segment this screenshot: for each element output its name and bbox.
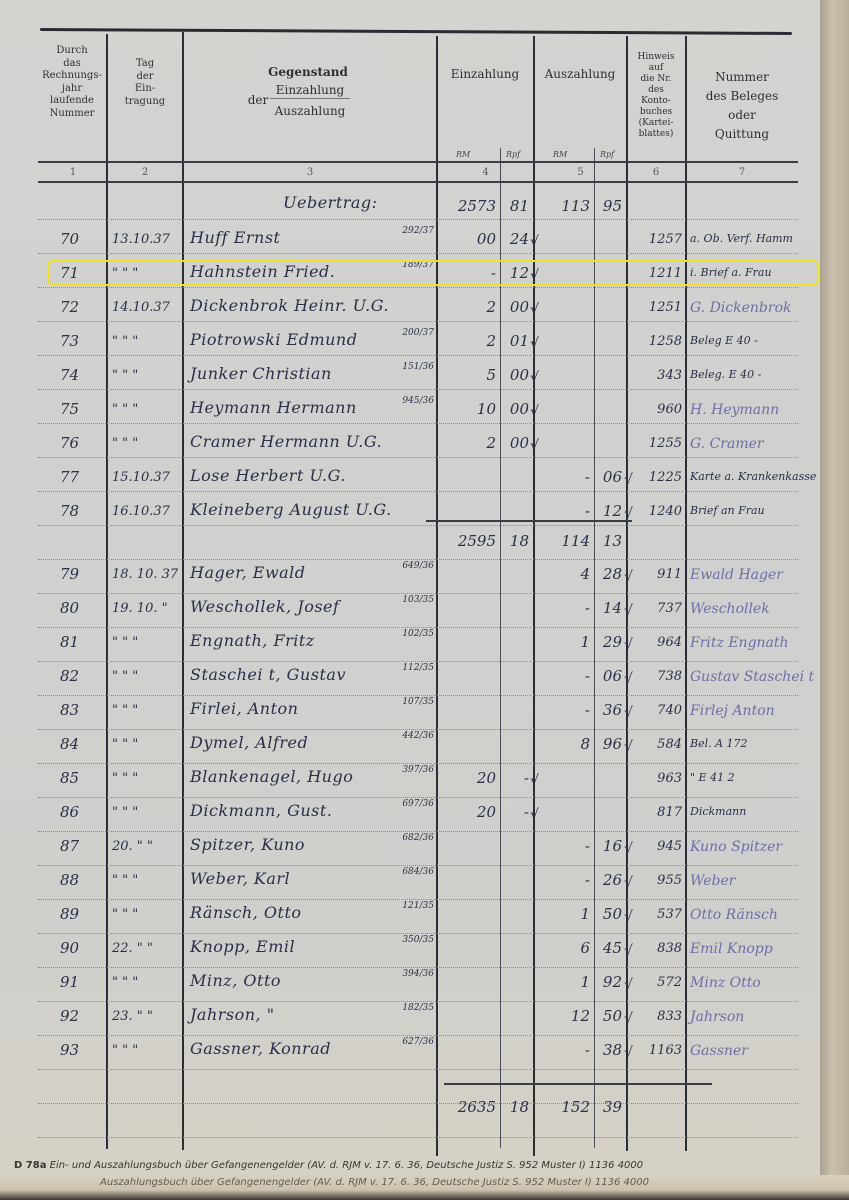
entry-date: 15.10.37 — [112, 470, 180, 485]
entry-reference: 684/36 — [392, 867, 434, 877]
entry-date: 20. " " — [112, 839, 180, 854]
entry-konto: 738 — [630, 669, 682, 684]
entry-number: 93 — [60, 1041, 79, 1059]
header-col3-der: der — [246, 92, 270, 108]
entry-date: 16.10.37 — [112, 504, 180, 519]
entry-reference: 945/36 — [392, 396, 434, 406]
entry-out-rm: 6 — [540, 939, 590, 957]
entry-in-rm: 2 — [440, 332, 496, 350]
entry-out-rm: - — [540, 667, 590, 685]
ruled-line — [38, 525, 798, 526]
ruled-line — [38, 1069, 798, 1070]
entry-name: Spitzer, Kuno — [190, 835, 305, 854]
subtotal-rule — [426, 520, 632, 522]
entry-date: " " " — [112, 703, 180, 718]
checkmark-icon: √ — [624, 943, 633, 959]
carryover-in-rpf: 81 — [503, 197, 529, 215]
entry-number: 76 — [60, 434, 79, 452]
header-col1: Durch das Rechnungs- jahr laufende Numme… — [40, 45, 104, 120]
entry-date: " " " — [112, 402, 180, 417]
checkmark-icon: √ — [624, 1011, 633, 1027]
entry-out-rpf: 12 — [596, 502, 622, 520]
entry-out-rm: - — [540, 701, 590, 719]
entry-reference: 102/35 — [392, 629, 434, 639]
ruled-line — [38, 763, 798, 764]
divider-col1-col2 — [106, 34, 108, 1149]
entry-in-rpf: 00 — [503, 298, 529, 316]
entry-number: 84 — [60, 735, 79, 753]
entry-number: 92 — [60, 1007, 79, 1025]
entry-name: Piotrowski Edmund — [190, 330, 357, 349]
entry-konto: 911 — [630, 567, 682, 582]
form-footer: D 78a Ein- und Auszahlungsbuch über Gefa… — [14, 1160, 643, 1171]
entry-name: Dickenbrok Heinr. U.G. — [190, 296, 389, 315]
entry-konto: 838 — [630, 941, 682, 956]
entry-out-rpf: 38 — [596, 1041, 622, 1059]
header-col7: Nummer des Beleges oder Quittung — [687, 68, 797, 144]
entry-reference: 182/35 — [392, 1003, 434, 1013]
checkmark-icon: √ — [530, 773, 539, 789]
header-col3-out: Auszahlung — [270, 103, 350, 119]
entry-in-rpf: 00 — [503, 400, 529, 418]
entry-name: Blankenagel, Hugo — [190, 767, 353, 786]
entry-in-rpf: 01 — [503, 332, 529, 350]
entry-out-rpf: 06 — [596, 468, 622, 486]
ruled-line — [38, 219, 798, 220]
checkmark-icon: √ — [624, 1045, 633, 1061]
entry-date: " " " — [112, 737, 180, 752]
entry-out-rm: - — [540, 1041, 590, 1059]
entry-reference: 292/37 — [392, 226, 434, 236]
entry-name: Kleineberg August U.G. — [190, 500, 392, 519]
carryover-label: Uebertrag: — [283, 193, 378, 212]
ruled-line — [38, 831, 798, 832]
subtotal-out-rpf: 13 — [596, 532, 622, 550]
entry-reference: 627/36 — [392, 1037, 434, 1047]
ruled-line — [38, 1001, 798, 1002]
header-col6: Hinweis auf die Nr. des Konto- buches (K… — [627, 52, 685, 140]
column-number-4: 4 — [438, 167, 533, 178]
entry-number: 86 — [60, 803, 79, 821]
entry-number: 74 — [60, 366, 79, 384]
entry-name: Engnath, Fritz — [190, 631, 315, 650]
entry-receipt: Gassner — [690, 1043, 748, 1059]
ruled-line — [38, 1035, 798, 1036]
entry-reference: 200/37 — [392, 328, 434, 338]
entry-number: 83 — [60, 701, 79, 719]
header-col2: Tag der Ein- tragung — [108, 58, 182, 108]
entry-date: " " " — [112, 1043, 180, 1058]
entry-date: " " " — [112, 805, 180, 820]
subtotal-in-rpf: 18 — [503, 532, 529, 550]
carryover-out-rpf: 95 — [596, 197, 622, 215]
entry-in-rm: 2 — [440, 434, 496, 452]
entry-konto: 1163 — [630, 1043, 682, 1058]
ruled-line — [38, 865, 798, 866]
entry-receipt: Ewald Hager — [690, 567, 783, 583]
entry-konto: 1225 — [630, 470, 682, 485]
entry-number: 82 — [60, 667, 79, 685]
entry-receipt: G. Cramer — [690, 436, 764, 452]
entry-number: 88 — [60, 871, 79, 889]
entry-date: " " " — [112, 334, 180, 349]
entry-konto: 1258 — [630, 334, 682, 349]
entry-receipt: a. Ob. Verf. Hamm — [690, 232, 793, 245]
entry-name: Dickmann, Gust. — [190, 801, 332, 820]
entry-konto: 1255 — [630, 436, 682, 451]
checkmark-icon: √ — [530, 302, 539, 318]
ruled-line — [38, 899, 798, 900]
entry-reference: 151/36 — [392, 362, 434, 372]
unit-rpf-in: Rpf — [506, 150, 520, 159]
entry-number: 70 — [60, 230, 79, 248]
header-col3-title: Gegenstand — [268, 64, 348, 80]
entry-reference: 697/36 — [392, 799, 434, 809]
entry-name: Huff Ernst — [190, 228, 280, 247]
entry-number: 80 — [60, 599, 79, 617]
unit-rpf-out: Rpf — [600, 150, 614, 159]
highlighted-entry-71 — [47, 260, 819, 286]
ruled-line — [38, 287, 798, 288]
entry-konto: 572 — [630, 975, 682, 990]
entry-out-rm: 1 — [540, 905, 590, 923]
ruled-line — [38, 797, 798, 798]
carryover-out-rm: 113 — [540, 197, 590, 215]
divider-col2-col3 — [182, 32, 184, 1150]
entry-number: 81 — [60, 633, 79, 651]
entry-in-rpf: 00 — [503, 434, 529, 452]
entry-out-rpf: 29 — [596, 633, 622, 651]
entry-out-rpf: 26 — [596, 871, 622, 889]
entry-konto: 960 — [630, 402, 682, 417]
entry-number: 90 — [60, 939, 79, 957]
entry-date: " " " — [112, 635, 180, 650]
checkmark-icon: √ — [624, 909, 633, 925]
entry-number: 85 — [60, 769, 79, 787]
entry-reference: 112/35 — [392, 663, 434, 673]
entry-out-rm: - — [540, 468, 590, 486]
ruled-line — [38, 1103, 798, 1104]
divider-col4-rpf — [500, 148, 501, 1148]
entry-receipt: H. Heymann — [690, 402, 779, 418]
entry-out-rm: - — [540, 599, 590, 617]
entry-receipt: Minz Otto — [690, 975, 761, 991]
column-number-2: 2 — [108, 167, 182, 178]
entry-in-rm: 20 — [440, 803, 496, 821]
total-out-rpf: 39 — [596, 1098, 622, 1116]
total-out-rm: 152 — [540, 1098, 590, 1116]
entry-name: Ränsch, Otto — [190, 903, 302, 922]
column-number-6: 6 — [627, 167, 685, 178]
entry-reference: 397/36 — [392, 765, 434, 775]
entry-konto: 737 — [630, 601, 682, 616]
entry-out-rpf: 16 — [596, 837, 622, 855]
divider-col3-col4 — [436, 36, 438, 1156]
entry-number: 73 — [60, 332, 79, 350]
entry-receipt: Fritz Engnath — [690, 635, 789, 651]
entry-receipt: Beleg. E 40 - — [690, 368, 761, 381]
checkmark-icon: √ — [624, 472, 633, 488]
entry-number: 87 — [60, 837, 79, 855]
header-bottom-rule — [38, 161, 798, 163]
subtotal-out-rm: 114 — [540, 532, 590, 550]
entry-date: " " " — [112, 771, 180, 786]
entry-receipt: Brief an Frau — [690, 504, 765, 517]
entry-out-rm: 4 — [540, 565, 590, 583]
checkmark-icon: √ — [624, 739, 633, 755]
ledger-page: Durch das Rechnungs- jahr laufende Numme… — [0, 0, 820, 1175]
entry-reference: 350/35 — [392, 935, 434, 945]
entry-out-rm: 12 — [540, 1007, 590, 1025]
entry-name: Weschollek, Josef — [190, 597, 339, 616]
entry-receipt: Beleg E 40 - — [690, 334, 758, 347]
checkmark-icon: √ — [624, 841, 633, 857]
entry-date: " " " — [112, 873, 180, 888]
entry-konto: 817 — [630, 805, 682, 820]
checkmark-icon: √ — [624, 875, 633, 891]
entry-date: 22. " " — [112, 941, 180, 956]
entry-in-rpf: - — [503, 769, 529, 787]
entry-date: 18. 10. 37 — [112, 567, 180, 582]
entry-out-rpf: 28 — [596, 565, 622, 583]
entry-receipt: Emil Knopp — [690, 941, 773, 957]
entry-name: Junker Christian — [190, 364, 332, 383]
entry-in-rpf: 24 — [503, 230, 529, 248]
entry-konto: 964 — [630, 635, 682, 650]
entry-out-rm: 8 — [540, 735, 590, 753]
checkmark-icon: √ — [530, 438, 539, 454]
entry-out-rm: - — [540, 871, 590, 889]
entry-date: " " " — [112, 975, 180, 990]
entry-out-rm: 1 — [540, 973, 590, 991]
entry-in-rm: 2 — [440, 298, 496, 316]
checkmark-icon: √ — [530, 370, 539, 386]
entry-konto: 584 — [630, 737, 682, 752]
header-col3-in: Einzahlung — [270, 82, 350, 99]
header-col4: Einzahlung — [438, 66, 532, 82]
entry-konto: 740 — [630, 703, 682, 718]
entry-name: Jahrson, " — [190, 1005, 275, 1024]
form-footer-underlay: Auszahlungsbuch über Gefangenengelder (A… — [100, 1177, 649, 1188]
checkmark-icon: √ — [624, 671, 633, 687]
checkmark-icon: √ — [530, 807, 539, 823]
checkmark-icon: √ — [624, 603, 633, 619]
entry-date: 14.10.37 — [112, 300, 180, 315]
entry-name: Firlei, Anton — [190, 699, 298, 718]
entry-reference: 442/36 — [392, 731, 434, 741]
entry-out-rpf: 50 — [596, 1007, 622, 1025]
entry-name: Knopp, Emil — [190, 937, 295, 956]
entry-reference: 682/36 — [392, 833, 434, 843]
ruled-line — [38, 1137, 798, 1138]
total-rule — [444, 1083, 712, 1085]
entry-number: 77 — [60, 468, 79, 486]
ruled-line — [38, 933, 798, 934]
entry-name: Lose Herbert U.G. — [190, 466, 346, 485]
unit-rm-out: RM — [553, 150, 567, 159]
entry-name: Hager, Ewald — [190, 563, 306, 582]
divider-col5-rpf — [594, 148, 595, 1148]
entry-konto: 1251 — [630, 300, 682, 315]
column-number-7: 7 — [687, 167, 797, 178]
checkmark-icon: √ — [624, 977, 633, 993]
colnum-bottom-rule — [38, 181, 798, 183]
ruled-line — [38, 661, 798, 662]
entry-number: 79 — [60, 565, 79, 583]
entry-reference: 121/35 — [392, 901, 434, 911]
ruled-line — [38, 695, 798, 696]
entry-in-rm: 20 — [440, 769, 496, 787]
checkmark-icon: √ — [530, 404, 539, 420]
ruled-line — [38, 423, 798, 424]
entry-date: " " " — [112, 368, 180, 383]
ruled-line — [38, 491, 798, 492]
entry-out-rpf: 06 — [596, 667, 622, 685]
entry-out-rm: - — [540, 502, 590, 520]
entry-out-rpf: 92 — [596, 973, 622, 991]
ruled-line — [38, 321, 798, 322]
entry-receipt: " E 41 2 — [690, 771, 735, 784]
checkmark-icon: √ — [530, 336, 539, 352]
entry-out-rpf: 96 — [596, 735, 622, 753]
entry-receipt: Gustav Staschei t — [690, 669, 814, 685]
header-top-rule — [40, 28, 792, 35]
entry-receipt: G. Dickenbrok — [690, 300, 791, 316]
entry-name: Dymel, Alfred — [190, 733, 308, 752]
entry-date: 23. " " — [112, 1009, 180, 1024]
entry-konto: 537 — [630, 907, 682, 922]
unit-rm-in: RM — [456, 150, 470, 159]
entry-name: Cramer Hermann U.G. — [190, 432, 382, 451]
ruled-line — [38, 559, 798, 560]
entry-receipt: Otto Ränsch — [690, 907, 778, 923]
entry-date: " " " — [112, 669, 180, 684]
entry-number: 89 — [60, 905, 79, 923]
entry-in-rm: 00 — [440, 230, 496, 248]
ruled-line — [38, 627, 798, 628]
checkmark-icon: √ — [530, 234, 539, 250]
entry-reference: 649/36 — [392, 561, 434, 571]
ruled-line — [38, 389, 798, 390]
entry-number: 91 — [60, 973, 79, 991]
entry-receipt: Weschollek — [690, 601, 770, 617]
page-edge — [820, 0, 849, 1200]
entry-konto: 1257 — [630, 232, 682, 247]
subtotal-in-rm: 2595 — [440, 532, 496, 550]
column-number-1: 1 — [40, 167, 106, 178]
entry-reference: 394/36 — [392, 969, 434, 979]
column-number-5: 5 — [535, 167, 626, 178]
entry-receipt: Weber — [690, 873, 735, 889]
entry-out-rpf: 36 — [596, 701, 622, 719]
entry-name: Heymann Hermann — [190, 398, 357, 417]
entry-receipt: Firlej Anton — [690, 703, 775, 719]
divider-col4-col5 — [533, 36, 535, 1156]
entry-out-rpf: 45 — [596, 939, 622, 957]
entry-konto: 343 — [630, 368, 682, 383]
checkmark-icon: √ — [624, 705, 633, 721]
entry-in-rpf: - — [503, 803, 529, 821]
ruled-line — [38, 355, 798, 356]
entry-name: Gassner, Konrad — [190, 1039, 331, 1058]
entry-name: Staschei t, Gustav — [190, 665, 346, 684]
entry-number: 75 — [60, 400, 79, 418]
entry-receipt: Karte a. Krankenkasse — [690, 470, 816, 483]
entry-out-rpf: 50 — [596, 905, 622, 923]
checkmark-icon: √ — [624, 637, 633, 653]
entry-in-rm: 10 — [440, 400, 496, 418]
entry-name: Weber, Karl — [190, 869, 290, 888]
entry-receipt: Kuno Spitzer — [690, 839, 782, 855]
entry-konto: 1240 — [630, 504, 682, 519]
entry-in-rpf: 00 — [503, 366, 529, 384]
entry-konto: 955 — [630, 873, 682, 888]
entry-number: 78 — [60, 502, 79, 520]
entry-reference: 107/35 — [392, 697, 434, 707]
entry-date: 13.10.37 — [112, 232, 180, 247]
column-number-3: 3 — [184, 167, 436, 178]
entry-out-rm: 1 — [540, 633, 590, 651]
header-col5: Auszahlung — [535, 66, 625, 82]
ruled-line — [38, 457, 798, 458]
entry-konto: 945 — [630, 839, 682, 854]
ruled-line — [38, 593, 798, 594]
total-in-rpf: 18 — [503, 1098, 529, 1116]
total-in-rm: 2635 — [440, 1098, 496, 1116]
entry-date: " " " — [112, 436, 180, 451]
entry-date: 19. 10. " — [112, 601, 180, 616]
carryover-in-rm: 2573 — [440, 197, 496, 215]
entry-out-rm: - — [540, 837, 590, 855]
ruled-line — [38, 967, 798, 968]
ruled-line — [38, 729, 798, 730]
entry-receipt: Dickmann — [690, 805, 746, 818]
entry-out-rpf: 14 — [596, 599, 622, 617]
entry-receipt: Bel. A 172 — [690, 737, 748, 750]
entry-reference: 103/35 — [392, 595, 434, 605]
entry-date: " " " — [112, 907, 180, 922]
entry-konto: 833 — [630, 1009, 682, 1024]
ruled-line — [38, 253, 798, 254]
entry-konto: 963 — [630, 771, 682, 786]
entry-in-rm: 5 — [440, 366, 496, 384]
entry-number: 72 — [60, 298, 79, 316]
checkmark-icon: √ — [624, 569, 633, 585]
entry-receipt: Jahrson — [690, 1009, 744, 1025]
entry-name: Minz, Otto — [190, 971, 281, 990]
